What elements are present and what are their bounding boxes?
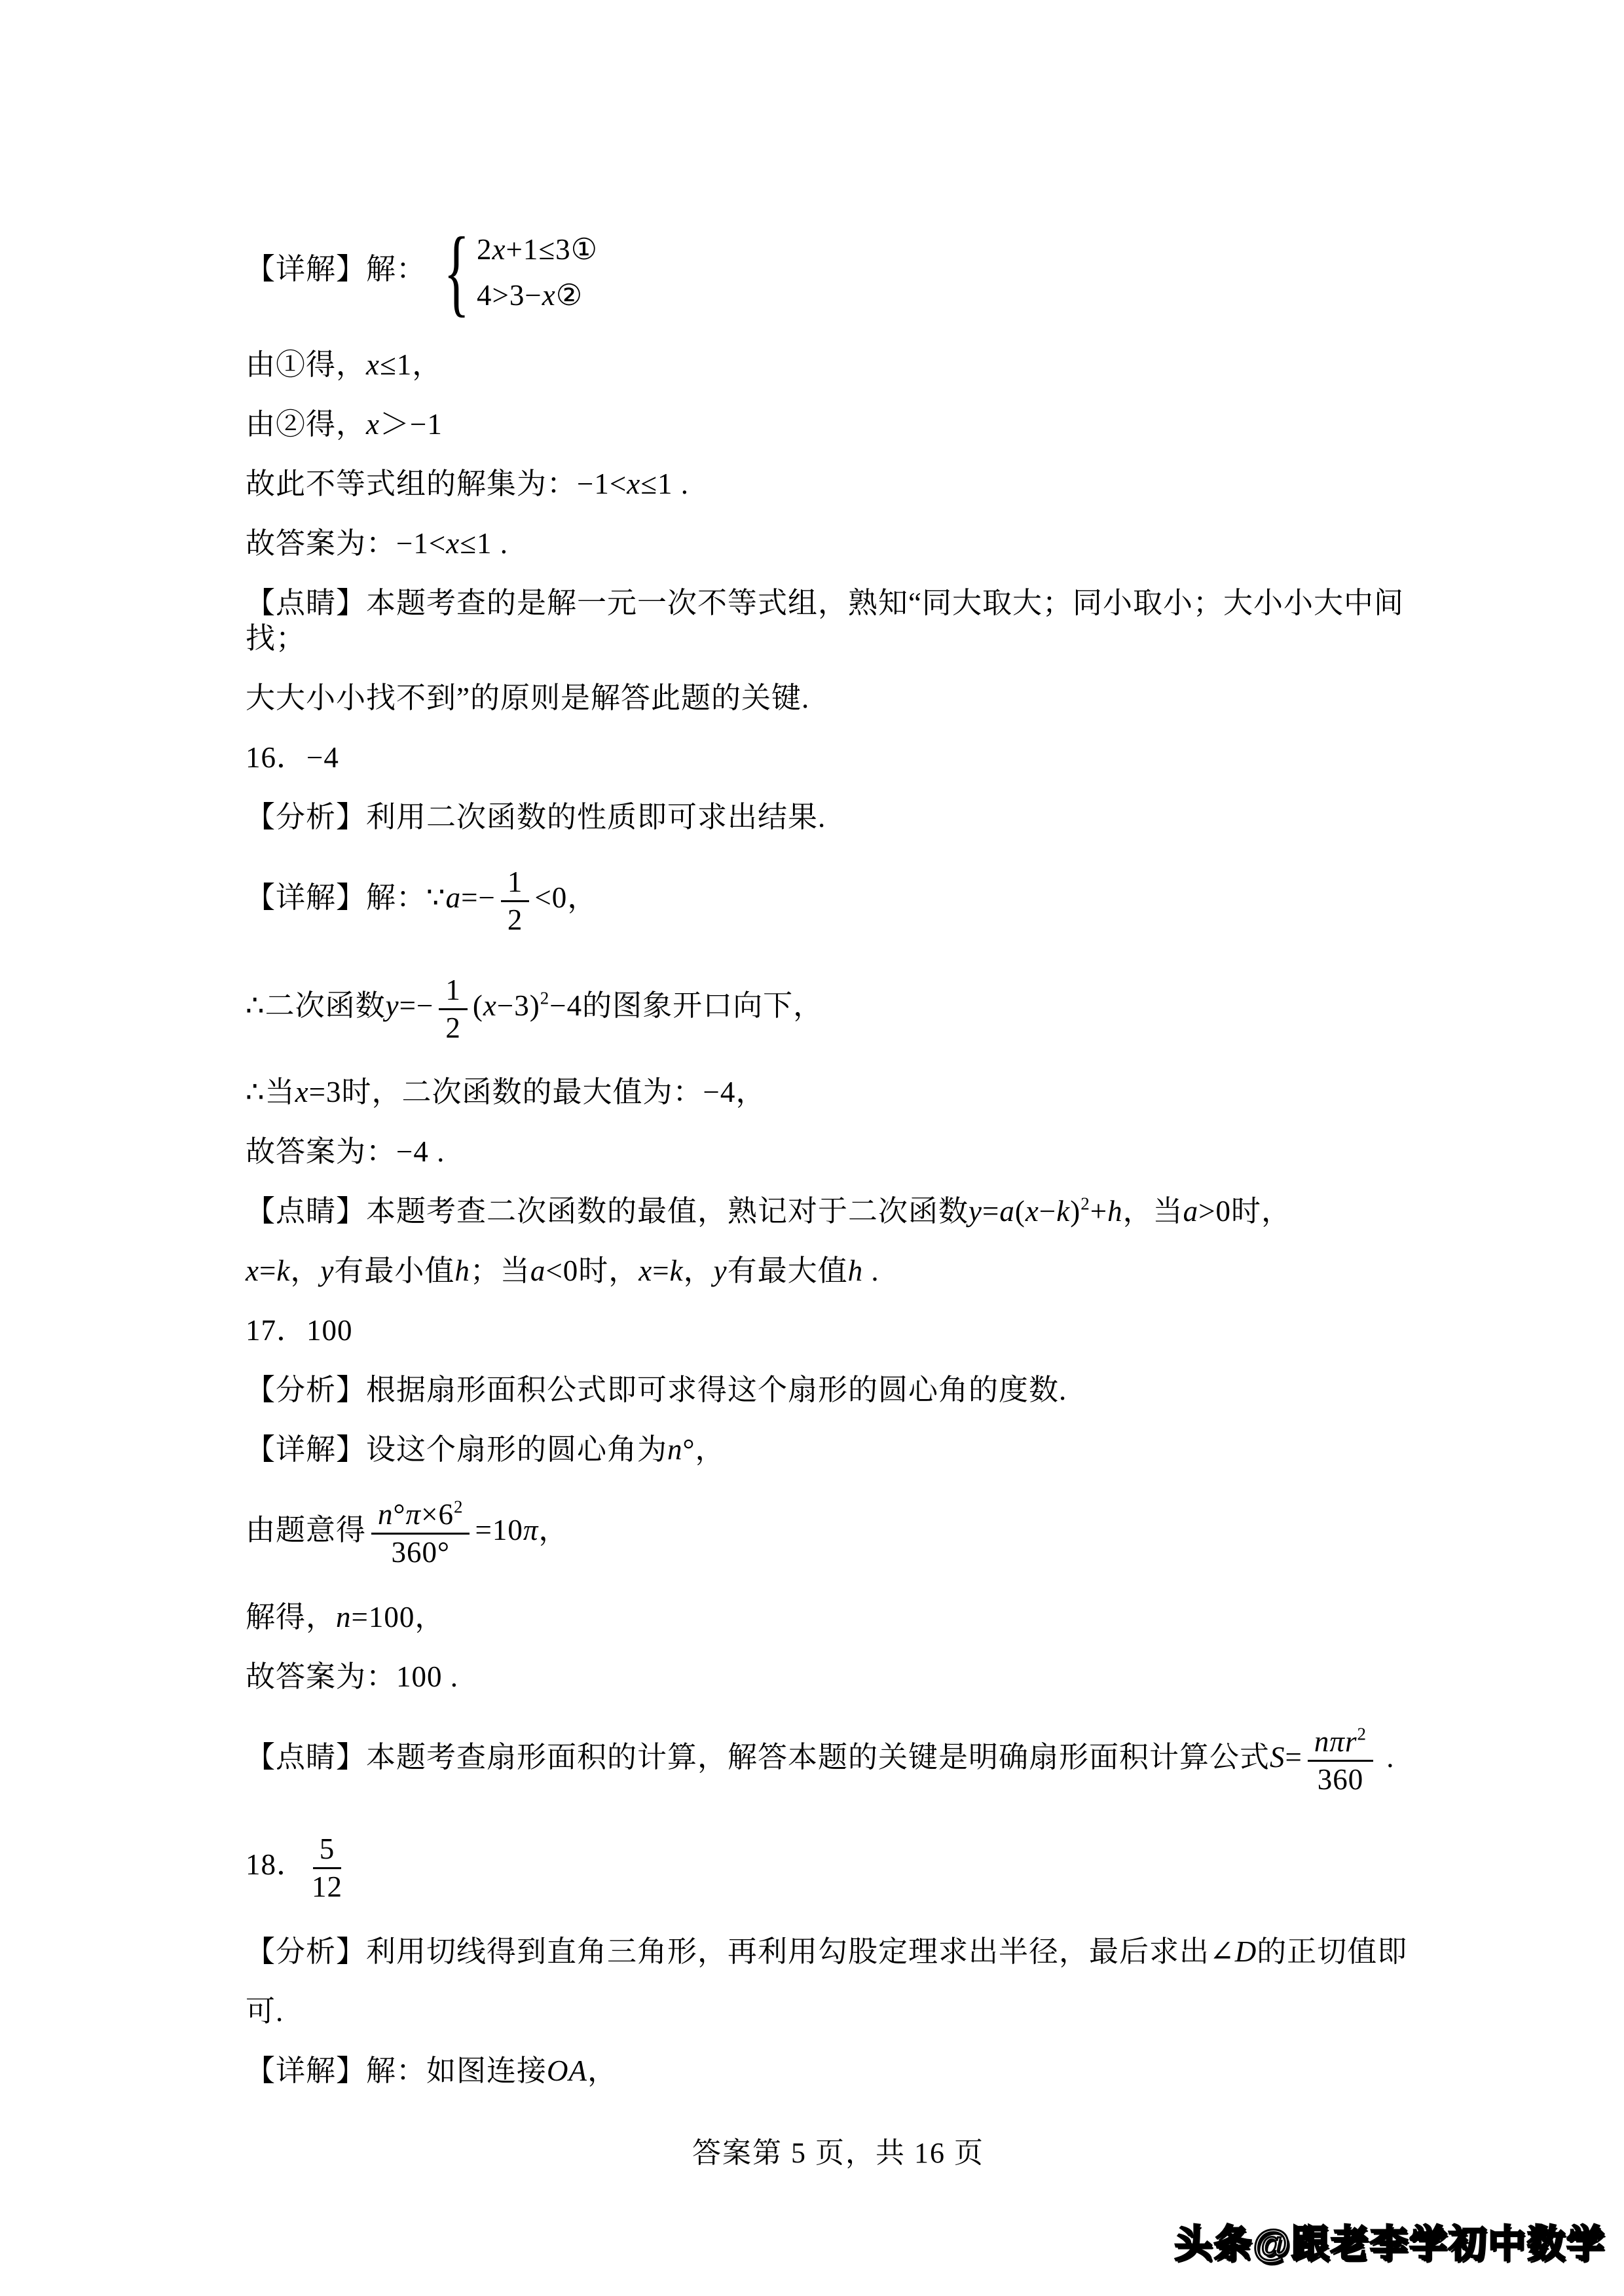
- math-roman-run: 1: [445, 974, 461, 1006]
- math-roman-run: 1: [507, 866, 523, 898]
- math-roman-run: =3: [309, 1076, 342, 1108]
- q16-answer-line: 故答案为：−4 .: [246, 1134, 1431, 1169]
- math-italic-run: k: [276, 1254, 290, 1287]
- math-roman-run: =10: [475, 1514, 523, 1546]
- math-italic-run: h: [1107, 1195, 1123, 1228]
- math-italic-run: a: [446, 881, 462, 914]
- text-run: ，: [587, 2054, 618, 2087]
- math-roman-run: −: [1039, 1195, 1056, 1228]
- math-fraction: nπr2360: [1308, 1725, 1373, 1796]
- math-roman-run: −4: [306, 741, 339, 774]
- math-roman-run: −4: [703, 1076, 736, 1108]
- math-italic-run: k: [670, 1254, 684, 1287]
- text-run: 由题意得: [246, 1514, 366, 1546]
- q17-detail-line: 【详解】设这个扇形的圆心角为n°，: [246, 1432, 1431, 1467]
- text-run: 有最小值: [334, 1254, 454, 1287]
- math-roman-run: ①: [571, 233, 598, 266]
- math-roman-run: +1≤3: [506, 233, 571, 266]
- math-roman-run: ×6: [421, 1498, 454, 1531]
- math-roman-run: 4>3−: [477, 279, 542, 312]
- text-run: 【分析】利用切线得到直角三角形，再利用勾股定理求出半径，最后求出: [246, 1935, 1209, 1968]
- text-run: ，: [695, 1433, 726, 1466]
- math-roman-run: ∴: [246, 1076, 265, 1108]
- text-run: ，: [290, 1254, 320, 1287]
- math-italic-run: x: [492, 233, 506, 266]
- math-roman-run: 2: [477, 233, 492, 266]
- math-roman-run: .: [1378, 1741, 1395, 1774]
- text-run: ，: [684, 1254, 714, 1287]
- q16-analysis-line: 【分析】利用二次函数的性质即可求出结果.: [246, 799, 1431, 835]
- q16-detail-line: 【详解】解：∵a=−12<0，: [246, 859, 1431, 943]
- math-roman-run: 100 .: [396, 1660, 458, 1693]
- text-run: 故答案为：: [246, 1660, 396, 1693]
- q17-analysis-line: 【分析】根据扇形面积公式即可求得这个扇形的圆心角的度数.: [246, 1372, 1431, 1408]
- text-run: 【详解】设这个扇形的圆心角为: [246, 1433, 667, 1466]
- text-run: ，: [412, 348, 442, 381]
- watermark-text: 头条@跟老李学初中数学: [1174, 2213, 1606, 2268]
- text-run: 大大小小找不到”的原则是解答此题的关键.: [246, 682, 809, 714]
- q15-answer-line: 故答案为：−1<x≤1 .: [246, 526, 1431, 561]
- math-italic-run: x: [1025, 1195, 1039, 1228]
- math-italic-run: π: [523, 1514, 539, 1546]
- superscript: 2: [454, 1497, 464, 1516]
- math-roman-run: −1<: [396, 527, 446, 560]
- math-roman-run: +: [1090, 1195, 1107, 1228]
- math-roman-run: ≤1 .: [460, 527, 508, 560]
- math-roman-run: −3): [497, 989, 540, 1022]
- math-roman-run: ②: [556, 279, 583, 312]
- math-italic-run: a: [1183, 1195, 1199, 1228]
- q17-solve-line: 解得，n=100，: [246, 1599, 1431, 1635]
- q18-analysis-line1: 【分析】利用切线得到直角三角形，再利用勾股定理求出半径，最后求出∠D的正切值即: [246, 1934, 1431, 1969]
- math-italic-run: x: [366, 408, 380, 441]
- text-run: 由②得，: [246, 408, 366, 441]
- q16-step2-line: ∴当x=3时，二次函数的最大值为：−4，: [246, 1074, 1431, 1110]
- text-run: 【分析】根据扇形面积公式即可求得这个扇形的圆心角的度数.: [246, 1374, 1067, 1406]
- math-roman-run: 5: [320, 1832, 335, 1865]
- q16-note-line2: x=k，y有最小值h；当a<0时，x=k，y有最大值h .: [246, 1253, 1431, 1288]
- math-italic-run: a: [999, 1195, 1015, 1228]
- text-run: 【点睛】本题考查的是解一元一次不等式组，熟知“同大取大；同小取小；大小小大中间找…: [246, 587, 1404, 655]
- math-italic-run: S: [1270, 1741, 1285, 1774]
- math-italic-run: OA: [547, 2054, 587, 2087]
- fraction-numerator: 1: [501, 866, 530, 902]
- math-roman-run: >0: [1198, 1195, 1231, 1228]
- fraction-numerator: 5: [313, 1832, 342, 1869]
- math-italic-run: r: [1345, 1725, 1357, 1758]
- text-run: 【分析】利用二次函数的性质即可求出结果.: [246, 801, 826, 833]
- fraction-numerator: nπr2: [1308, 1725, 1373, 1762]
- math-roman-run: ): [1070, 1195, 1080, 1228]
- math-italic-run: h: [848, 1254, 864, 1287]
- math-italic-run: y: [386, 989, 399, 1022]
- superscript: 2: [1080, 1194, 1090, 1213]
- q15-note-line2: 大大小小找不到”的原则是解答此题的关键.: [246, 680, 1431, 716]
- text-run: 故此不等式组的解集为：: [246, 467, 577, 500]
- math-roman-run: −4 .: [396, 1135, 445, 1168]
- math-fraction: 512: [312, 1832, 342, 1903]
- text-run: 解得，: [246, 1601, 336, 1633]
- text-run: 【详解】解：: [246, 881, 426, 914]
- math-italic-run: y: [320, 1254, 334, 1287]
- text-run: 【详解】解：如图连接: [246, 2054, 547, 2087]
- text-run: 【点睛】本题考查二次函数的最值，熟记对于二次函数: [246, 1195, 969, 1228]
- math-italic-run: h: [454, 1254, 470, 1287]
- math-roman-run: 2: [507, 903, 523, 936]
- math-roman-run: =: [259, 1254, 276, 1287]
- text-run: ，: [538, 1514, 568, 1546]
- math-roman-run: (: [1015, 1195, 1025, 1228]
- math-roman-run: °: [683, 1433, 695, 1466]
- text-run: ，当: [1123, 1195, 1183, 1228]
- math-roman-run: 2: [445, 1011, 461, 1044]
- text-run: 【详解】解：: [246, 253, 426, 285]
- math-roman-run: 100: [306, 1314, 353, 1347]
- math-italic-run: n: [1314, 1725, 1330, 1758]
- equation-row: 2x+1≤3①: [477, 232, 598, 267]
- math-italic-run: D: [1235, 1935, 1257, 1968]
- q17-answer-head: 17．100: [246, 1313, 1431, 1348]
- math-roman-run: 360°: [391, 1536, 450, 1569]
- text-run: 时，: [578, 1254, 638, 1287]
- math-roman-run: (: [473, 989, 483, 1022]
- equation-system-rows: 2x+1≤3①4>3−x②: [477, 232, 598, 313]
- q16-answer-head: 16．−4: [246, 740, 1431, 775]
- text-run: 17．: [246, 1314, 306, 1347]
- q16-step1-line: ∴二次函数y=−12(x−3)2−4的图象开口向下，: [246, 967, 1431, 1051]
- page-footer: 答案第 5 页，共 16 页: [246, 2129, 1431, 2171]
- q17-note-line: 【点睛】本题考查扇形面积的计算，解答本题的关键是明确扇形面积计算公式S=nπr2…: [246, 1719, 1431, 1802]
- q15-step2-line: 由②得，x＞−1: [246, 407, 1431, 442]
- q17-eq-line: 由题意得n°π×62360°=10π，: [246, 1491, 1431, 1575]
- math-roman-run: ≤1 .: [640, 467, 689, 500]
- text-run: ，: [735, 1076, 766, 1108]
- math-roman-run: ∵: [426, 881, 446, 914]
- math-italic-run: x: [246, 1254, 259, 1287]
- text-run: 时，二次函数的最大值为：: [342, 1076, 703, 1108]
- document-page: 【详解】解：{2x+1≤3①4>3−x②由①得，x≤1，由②得，x＞−1故此不等…: [0, 0, 1624, 2296]
- math-italic-run: x: [295, 1076, 309, 1108]
- text-run: 可.: [246, 1995, 284, 2028]
- q15-solution-line: 故此不等式组的解集为：−1<x≤1 .: [246, 466, 1431, 501]
- math-roman-run: 360: [1318, 1763, 1364, 1796]
- text-run: 二次函数: [265, 989, 386, 1022]
- q16-note-line1: 【点睛】本题考查二次函数的最值，熟记对于二次函数y=a(x−k)2+h，当a>0…: [246, 1194, 1431, 1229]
- math-italic-run: y: [969, 1195, 982, 1228]
- math-roman-run: =: [1285, 1741, 1302, 1774]
- math-italic-run: x: [542, 279, 556, 312]
- fraction-numerator: 1: [439, 974, 468, 1010]
- math-roman-run: =−: [461, 881, 496, 914]
- math-fraction: n°π×62360°: [371, 1498, 470, 1569]
- math-italic-run: π: [406, 1498, 422, 1531]
- math-roman-run: =100: [352, 1601, 415, 1633]
- text-run: 当: [265, 1076, 295, 1108]
- math-fraction: 12: [501, 866, 530, 936]
- q17-answer-line: 故答案为：100 .: [246, 1659, 1431, 1694]
- math-italic-run: n: [336, 1601, 352, 1633]
- math-roman-run: −1<: [577, 467, 627, 500]
- math-roman-run: 12: [312, 1870, 342, 1903]
- math-roman-run: <0: [534, 881, 567, 914]
- math-fraction: 12: [439, 974, 468, 1044]
- text-run: ，: [567, 881, 597, 914]
- text-run: 的图象开口向下，: [582, 989, 823, 1022]
- fraction-denominator: 2: [507, 902, 523, 936]
- math-italic-run: x: [483, 989, 497, 1022]
- equation-row: 4>3−x②: [477, 278, 598, 313]
- text-run: 由①得，: [246, 348, 366, 381]
- math-roman-run: ≤1: [380, 348, 412, 381]
- math-italic-run: n: [667, 1433, 683, 1466]
- math-roman-run: .: [863, 1254, 879, 1287]
- text-run: 16．: [246, 741, 306, 774]
- fraction-denominator: 360: [1318, 1762, 1364, 1795]
- text-run: ，: [415, 1601, 445, 1633]
- text-run: 的正切值即: [1257, 1935, 1407, 1968]
- q18-analysis-line2: 可.: [246, 1994, 1431, 2029]
- q15-step1-line: 由①得，x≤1，: [246, 347, 1431, 382]
- text-run: 【点睛】本题考查扇形面积的计算，解答本题的关键是明确扇形面积计算公式: [246, 1741, 1270, 1774]
- math-roman-run: °: [394, 1498, 406, 1531]
- text-run: 时，: [1231, 1195, 1291, 1228]
- q18-answer-head: 18．512: [246, 1826, 1431, 1910]
- math-roman-run: =: [982, 1195, 999, 1228]
- math-roman-run: <0: [545, 1254, 578, 1287]
- fraction-numerator: n°π×62: [371, 1498, 470, 1535]
- math-italic-run: k: [1056, 1195, 1070, 1228]
- math-roman-run: ∴: [246, 989, 265, 1022]
- fraction-denominator: 2: [445, 1010, 461, 1044]
- text-run: ；当: [470, 1254, 530, 1287]
- math-italic-run: π: [1329, 1725, 1345, 1758]
- q18-detail-line: 【详解】解：如图连接OA，: [246, 2053, 1431, 2088]
- math-roman-run: ＞−1: [380, 408, 443, 441]
- math-italic-run: a: [530, 1254, 546, 1287]
- text-run: 故答案为：: [246, 1135, 396, 1168]
- text-run: 故答案为：: [246, 527, 396, 560]
- math-italic-run: x: [366, 348, 380, 381]
- math-italic-run: x: [446, 527, 460, 560]
- left-brace-icon: {: [443, 228, 470, 316]
- math-roman-run: ∠: [1209, 1935, 1235, 1968]
- math-italic-run: x: [627, 467, 640, 500]
- math-roman-run: =−: [399, 989, 434, 1022]
- document-lines: 【详解】解：{2x+1≤3①4>3−x②由①得，x≤1，由②得，x＞−1故此不等…: [246, 221, 1431, 2113]
- text-run: 有最大值: [728, 1254, 848, 1287]
- math-roman-run: =: [652, 1254, 669, 1287]
- math-roman-run: −4: [549, 989, 582, 1022]
- superscript: 2: [1357, 1724, 1367, 1743]
- math-italic-run: n: [378, 1498, 394, 1531]
- text-run: 18．: [246, 1848, 306, 1881]
- superscript: 2: [540, 988, 550, 1008]
- math-italic-run: y: [714, 1254, 728, 1287]
- fraction-denominator: 12: [312, 1869, 342, 1903]
- q15-note-line1: 【点睛】本题考查的是解一元一次不等式组，熟知“同大取大；同小取小；大小小大中间找…: [246, 585, 1431, 656]
- fraction-denominator: 360°: [391, 1535, 450, 1568]
- math-italic-run: x: [638, 1254, 652, 1287]
- equation-system: {2x+1≤3①4>3−x②: [433, 228, 598, 316]
- q15-detail-line: 【详解】解：{2x+1≤3①4>3−x②: [246, 221, 1431, 323]
